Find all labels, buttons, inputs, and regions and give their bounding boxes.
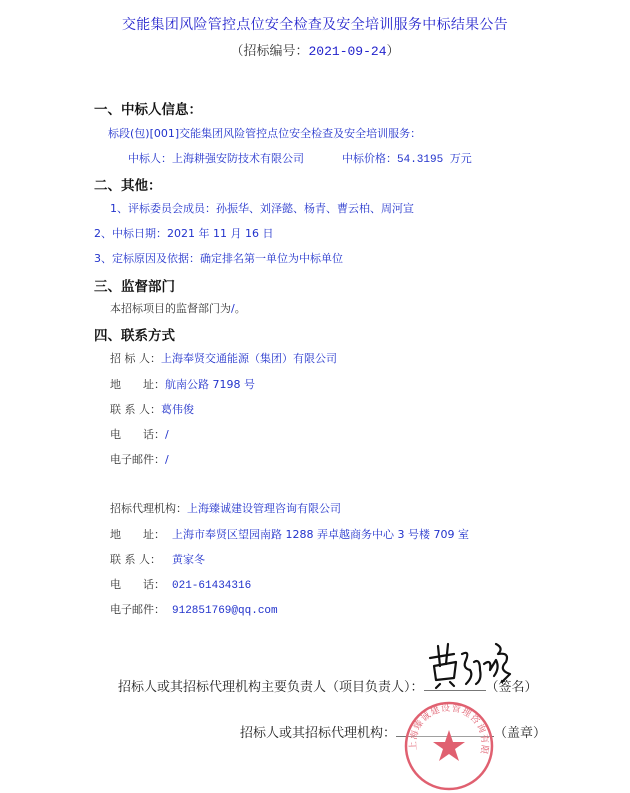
section-heading-contact: 四、联系方式 [94, 324, 175, 344]
price-label: 中标价格： [342, 152, 397, 165]
agency-name-label: 招标代理机构： [110, 502, 187, 515]
agency-email-row: 电子邮件：912851769@qq.com [110, 601, 278, 617]
award-reason: 3、定标原因及依据：确定排名第一单位为中标单位 [94, 250, 343, 266]
subtitle-prefix: （招标编号： [230, 44, 308, 59]
seal-suffix: （盖章） [494, 726, 546, 741]
agency-name: 上海臻诚建设管理咨询有限公司 [187, 502, 341, 515]
award-reason-value: 确定排名第一单位为中标单位 [200, 252, 343, 265]
award-date: 2、中标日期：2021 年 11 月 16 日 [94, 225, 273, 241]
tenderer-email-label: 电子邮件： [110, 453, 165, 466]
award-reason-label: 3、定标原因及依据： [94, 252, 200, 265]
tenderer-contact: 葛伟俊 [161, 403, 194, 416]
supervision-prefix: 本招标项目的监督部门为 [110, 302, 231, 315]
agency-contact-row: 联 系 人：黄家冬 [110, 551, 205, 567]
tender-number-line: （招标编号：2021-09-24） [0, 40, 630, 59]
tenderer-name-row: 招 标 人：上海奉贤交通能源（集团）有限公司 [110, 350, 337, 366]
price-line: 中标价格：54.3195 万元 [342, 150, 472, 166]
lot-description: 标段(包)[001]交能集团风险管控点位安全检查及安全培训服务： [108, 125, 421, 141]
award-date-label: 2、中标日期： [94, 227, 167, 240]
winner-label: 中标人： [128, 152, 172, 165]
tenderer-contact-label: 联 系 人： [110, 403, 161, 416]
agency-phone-label: 电 话： [110, 576, 172, 592]
tenderer-phone: / [165, 428, 169, 441]
tenderer-address-row: 地 址：航南公路 7198 号 [110, 376, 255, 392]
tenderer-name: 上海奉贤交通能源（集团）有限公司 [161, 352, 337, 365]
agency-phone: 021-61434316 [172, 580, 251, 592]
agency-address-label: 地 址： [110, 526, 172, 542]
tenderer-name-label: 招 标 人： [110, 352, 161, 365]
tenderer-contact-row: 联 系 人：葛伟俊 [110, 401, 194, 417]
award-date-value: 2021 年 11 月 16 日 [167, 227, 273, 240]
tender-number: 2021-09-24 [308, 44, 386, 59]
signature-label: 招标人或其招标代理机构主要负责人（项目负责人）： [118, 680, 424, 695]
committee-label: 1、评标委员会成员： [110, 202, 216, 215]
agency-address-row: 地 址：上海市奉贤区望园南路 1288 弄卓越商务中心 3 号楼 709 室 [110, 526, 469, 542]
tenderer-address-label: 地 址： [110, 378, 165, 391]
agency-email: 912851769@qq.com [172, 605, 278, 617]
winner-line: 中标人：上海耕强安防技术有限公司 [128, 150, 304, 166]
agency-address: 上海市奉贤区望园南路 1288 弄卓越商务中心 3 号楼 709 室 [172, 528, 469, 541]
supervision-text: 本招标项目的监督部门为/。 [110, 300, 246, 316]
subtitle-suffix: ） [387, 44, 400, 59]
section-heading-winner-info: 一、中标人信息： [94, 98, 202, 118]
agency-contact: 黄家冬 [172, 553, 205, 566]
tenderer-email: / [165, 453, 169, 466]
tenderer-phone-label: 电 话： [110, 428, 165, 441]
section-heading-other: 二、其他： [94, 174, 162, 194]
agency-phone-row: 电 话：021-61434316 [110, 576, 251, 592]
winning-price: 54.3195 万元 [397, 154, 472, 166]
handwritten-signature-icon [426, 640, 516, 690]
tenderer-phone-row: 电 话：/ [110, 426, 169, 442]
company-seal-icon: 上海臻诚建设管理咨询有限公司 [403, 700, 495, 792]
tenderer-address: 航南公路 7198 号 [165, 378, 255, 391]
agency-name-row: 招标代理机构：上海臻诚建设管理咨询有限公司 [110, 500, 341, 516]
agency-contact-label: 联 系 人： [110, 551, 172, 567]
winner-name: 上海耕强安防技术有限公司 [172, 152, 304, 165]
committee-value: 孙振华、刘泽懿、杨青、曹云柏、周河宣 [216, 202, 414, 215]
supervision-suffix: 。 [235, 302, 246, 315]
committee-members: 1、评标委员会成员：孙振华、刘泽懿、杨青、曹云柏、周河宣 [110, 200, 414, 216]
agency-email-label: 电子邮件： [110, 601, 172, 617]
section-heading-supervision: 三、监督部门 [94, 275, 175, 295]
page-title: 交能集团风险管控点位安全检查及安全培训服务中标结果公告 [0, 14, 630, 34]
tenderer-email-row: 电子邮件：/ [110, 451, 169, 467]
seal-line: 招标人或其招标代理机构：（盖章） [240, 722, 546, 741]
seal-label: 招标人或其招标代理机构： [240, 726, 396, 741]
